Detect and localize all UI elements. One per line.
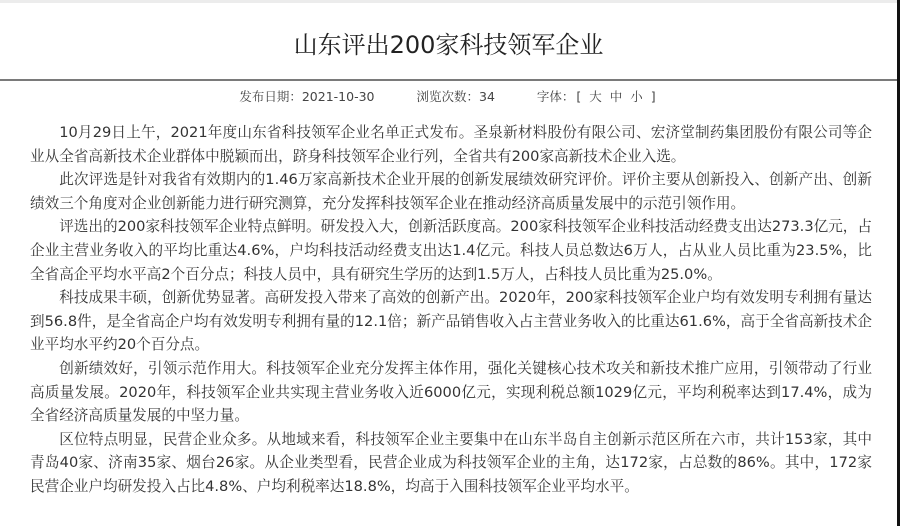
font-size-small-button[interactable]: 小 — [628, 89, 645, 104]
article-title: 山东评出200家科技领军企业 — [0, 28, 897, 62]
top-strip — [0, 0, 897, 3]
paragraph: 区位特点明显，民营企业众多。从地域来看，科技领军企业主要集中在山东半岛自主创新示… — [30, 428, 872, 499]
paragraph: 此次评选是针对我省有效期内的1.46万家高新技术企业开展的创新发展绩效研究评价。… — [30, 168, 872, 215]
publish-date-label: 发布日期： — [239, 89, 302, 104]
font-size-switcher: [ 大 中 小 ] — [574, 89, 657, 104]
bracket-close: ] — [649, 89, 658, 104]
publish-date: 2021-10-30 — [302, 89, 375, 104]
title-divider — [0, 79, 897, 81]
views-label: 浏览次数： — [416, 89, 479, 104]
paragraph: 10月29日上午，2021年度山东省科技领军企业名单正式发布。圣泉新材料股份有限… — [30, 121, 872, 168]
paragraph: 科技成果丰硕，创新优势显著。高研发投入带来了高效的创新产出。2020年，200家… — [30, 286, 872, 357]
paragraph: 创新绩效好，引领示范作用大。科技领军企业充分发挥主体作用，强化关键核心技术攻关和… — [30, 357, 872, 428]
paragraph: 评选出的200家科技领军企业特点鲜明。研发投入大，创新活跃度高。200家科技领军… — [30, 215, 872, 286]
bracket-open: [ — [574, 89, 583, 104]
font-size-label: 字体： — [537, 89, 575, 104]
view-count: 34 — [479, 89, 495, 104]
font-size-large-button[interactable]: 大 — [587, 89, 604, 104]
article-meta: 发布日期：2021-10-30 浏览次数：34 字体：[ 大 中 小 ] — [0, 88, 897, 106]
font-size-medium-button[interactable]: 中 — [608, 89, 625, 104]
article-body: 10月29日上午，2021年度山东省科技领军企业名单正式发布。圣泉新材料股份有限… — [30, 121, 872, 499]
